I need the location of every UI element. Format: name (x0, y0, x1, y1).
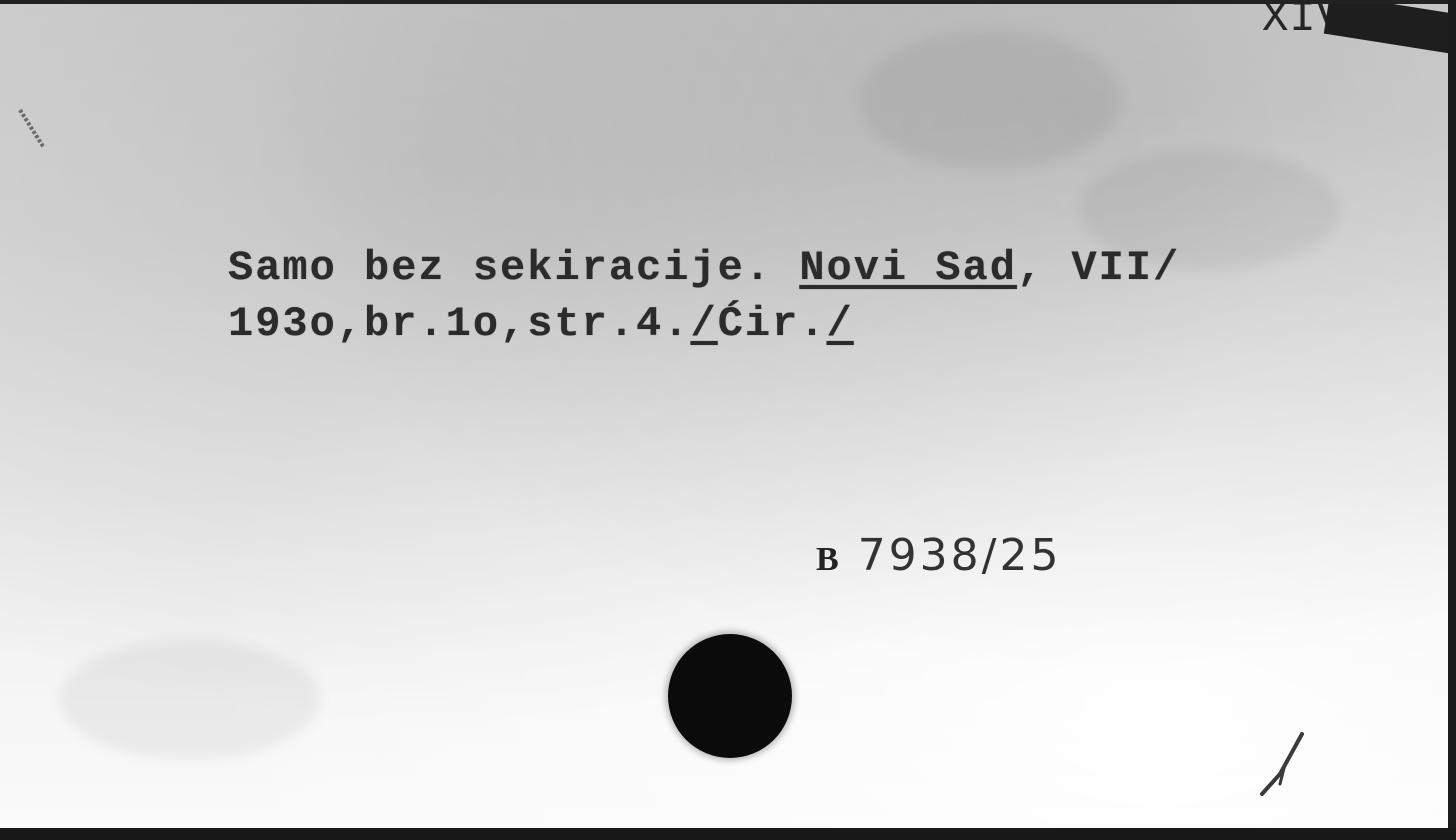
paper-smudge (60, 640, 320, 760)
card-right-edge (1448, 0, 1456, 840)
entry-date-part: , VII/ (1017, 244, 1180, 292)
shelf-mark-number: 7938/25 (858, 530, 1062, 581)
scratch-mark-icon (14, 104, 54, 154)
catalog-card: XIV/2 Samo bez sekiracije. Novi Sad, VII… (0, 0, 1448, 830)
entry-place: Novi Sad (799, 244, 1017, 292)
handwritten-check-mark-icon (1258, 728, 1308, 800)
script-note-open: / (690, 300, 717, 348)
script-note-close: / (827, 300, 854, 348)
card-bottom-edge (0, 828, 1456, 840)
script-note: Ćir. (718, 300, 827, 348)
entry-line-1: Samo bez sekiracije. Novi Sad, VII/ (228, 244, 1180, 292)
entry-title: Samo bez sekiracije. (228, 244, 772, 292)
shelf-mark-prefix: B (816, 541, 842, 578)
entry-issue-info: 193o,br.1o,str.4. (228, 300, 690, 348)
punch-hole (668, 634, 792, 758)
card-top-edge (0, 0, 1456, 4)
shelf-mark: B7938/25 (816, 530, 1061, 581)
paper-smudge (860, 30, 1120, 170)
entry-line-2: 193o,br.1o,str.4./Ćir./ (228, 300, 854, 348)
